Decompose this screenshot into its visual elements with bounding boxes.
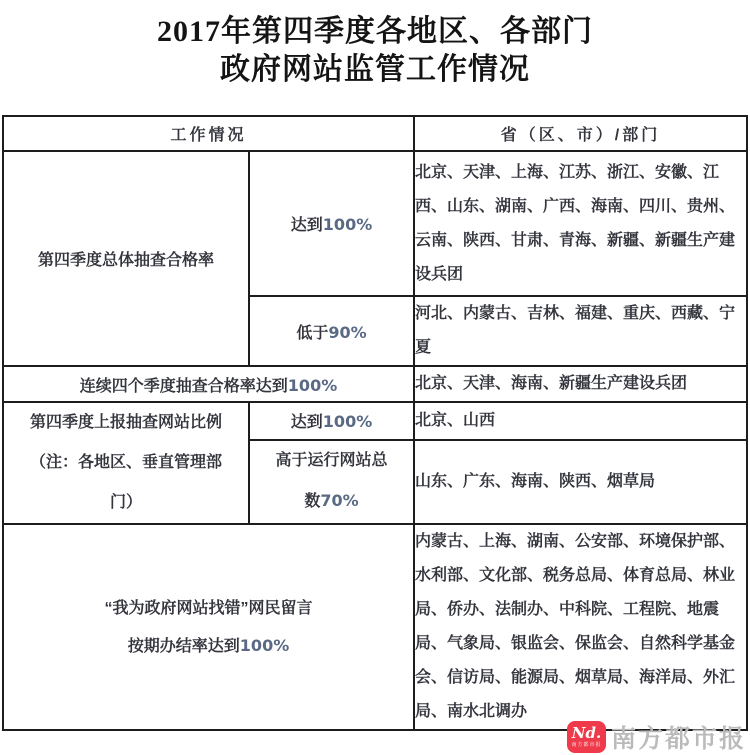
title-line-1: 2017年第四季度各地区、各部门 bbox=[0, 13, 750, 51]
percent-value: 70% bbox=[320, 491, 358, 510]
supervision-table: 工作情况 省（区、市）/部门 第四季度总体抽查合格率 达到100% 北京、天津、… bbox=[2, 115, 748, 731]
cell-four-quarters-regions: 北京、天津、海南、新疆生产建设兵团 bbox=[414, 366, 747, 402]
col-header-work: 工作情况 bbox=[3, 116, 414, 151]
cell-below-90: 低于90% bbox=[249, 296, 414, 366]
footer: Nd. 南方都市报 南方都市报 bbox=[567, 719, 746, 755]
cell-report-ratio-label: 第四季度上报抽查网站比例 （注：各地区、垂直管理部 门） bbox=[3, 402, 249, 524]
table-row: “我为政府网站找错”网民留言 按期办结率达到100% 内蒙古、上海、湖南、公安部… bbox=[3, 524, 747, 730]
title-line-2: 政府网站监管工作情况 bbox=[0, 51, 750, 89]
cell-four-quarters-label: 连续四个季度抽查合格率达到100% bbox=[3, 366, 414, 402]
table-header-row: 工作情况 省（区、市）/部门 bbox=[3, 116, 747, 151]
table-row: 连续四个季度抽查合格率达到100% 北京、天津、海南、新疆生产建设兵团 bbox=[3, 366, 747, 402]
brand-name: 南方都市报 bbox=[611, 719, 746, 755]
above-70-line-2: 数70% bbox=[250, 481, 413, 522]
cell-reach-100-regions: 北京、天津、上海、江苏、浙江、安徽、江西、山东、湖南、广西、海南、四川、贵州、云… bbox=[414, 151, 747, 296]
cell-feedback-regions: 内蒙古、上海、湖南、公安部、环境保护部、水利部、文化部、税务总局、体育总局、林业… bbox=[414, 524, 747, 730]
percent-value: 100% bbox=[323, 215, 372, 234]
nd-logo-subtext: 南方都市报 bbox=[571, 743, 601, 748]
cell-ratio-reach-100: 达到100% bbox=[249, 402, 414, 440]
cell-feedback-label: “我为政府网站找错”网民留言 按期办结率达到100% bbox=[3, 524, 414, 730]
page: 2017年第四季度各地区、各部门 政府网站监管工作情况 工作情况 省（区、市）/… bbox=[0, 0, 750, 755]
above-70-line-1: 高于运行网站总 bbox=[250, 441, 413, 481]
feedback-label-line-1: “我为政府网站找错”网民留言 bbox=[4, 590, 413, 627]
report-ratio-label-line-3: 门） bbox=[4, 483, 248, 523]
page-title: 2017年第四季度各地区、各部门 政府网站监管工作情况 bbox=[0, 0, 750, 89]
report-ratio-label-line-1: 第四季度上报抽查网站比例 bbox=[4, 403, 248, 443]
cell-overall-pass-label: 第四季度总体抽查合格率 bbox=[3, 151, 249, 366]
cell-above-70-regions: 山东、广东、海南、陕西、烟草局 bbox=[414, 440, 747, 524]
cell-above-70: 高于运行网站总 数70% bbox=[249, 440, 414, 524]
cell-below-90-regions: 河北、内蒙古、吉林、福建、重庆、西藏、宁夏 bbox=[414, 296, 747, 366]
report-ratio-label-line-2: （注：各地区、垂直管理部 bbox=[4, 443, 248, 483]
nd-logo-icon: Nd. 南方都市报 bbox=[567, 721, 606, 753]
feedback-label-line-2: 按期办结率达到100% bbox=[4, 627, 413, 665]
percent-value: 100% bbox=[240, 636, 289, 655]
percent-value: 100% bbox=[288, 376, 337, 395]
percent-value: 100% bbox=[323, 412, 372, 431]
nd-logo-text: Nd. bbox=[572, 726, 601, 741]
percent-value: 90% bbox=[328, 323, 366, 342]
table-row: 第四季度上报抽查网站比例 （注：各地区、垂直管理部 门） 达到100% 北京、山… bbox=[3, 402, 747, 440]
cell-reach-100: 达到100% bbox=[249, 151, 414, 296]
cell-ratio-reach-100-regions: 北京、山西 bbox=[414, 402, 747, 440]
table-row: 第四季度总体抽查合格率 达到100% 北京、天津、上海、江苏、浙江、安徽、江西、… bbox=[3, 151, 747, 296]
col-header-region: 省（区、市）/部门 bbox=[414, 116, 747, 151]
